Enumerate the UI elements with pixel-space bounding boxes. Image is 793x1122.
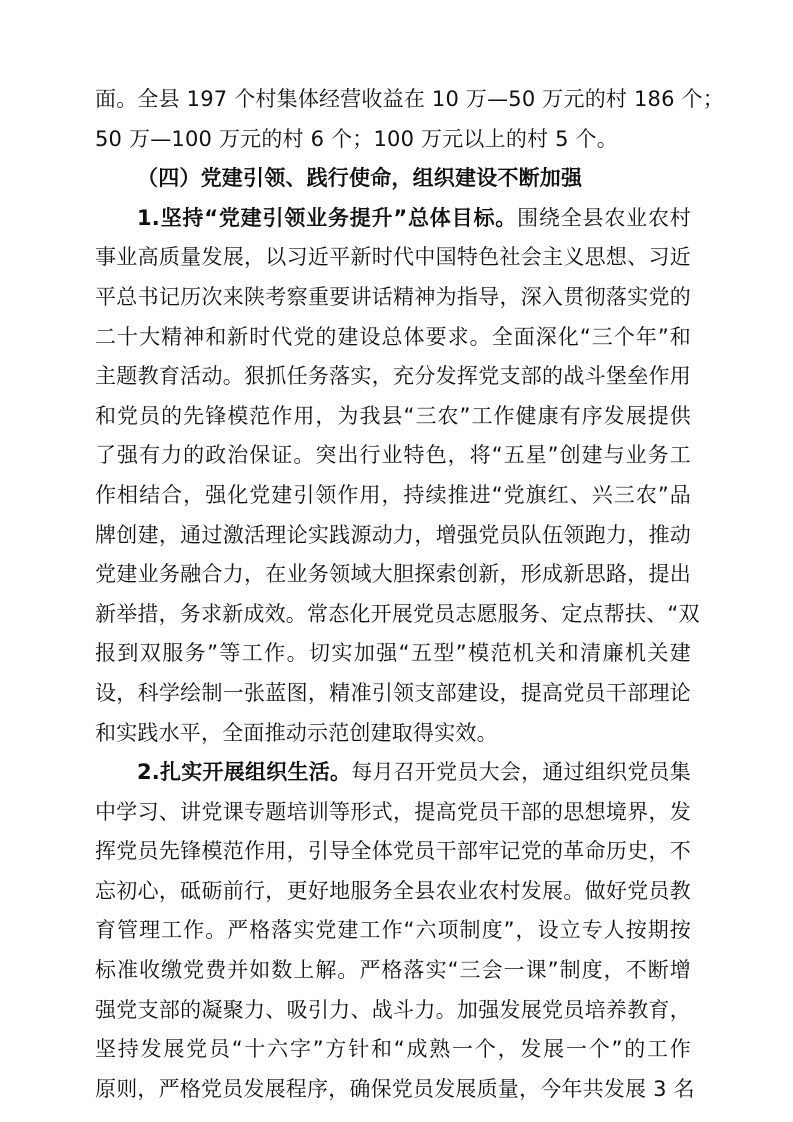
body-line: 党建业务融合力，在业务领域大胆探索创新，形成新思路，提出 [95, 555, 691, 595]
body-line: 挥党员先锋模范作用，引导全体党员干部牢记党的革命历史，不 [95, 832, 691, 872]
paragraph-text: 围绕全县农业农村 [517, 206, 691, 230]
body-line: 平总书记历次来陕考察重要讲话精神为指导，深入贯彻落实党的 [95, 278, 691, 318]
body-line: 和党员的先锋模范作用，为我县“三农”工作健康有序发展提供 [95, 397, 691, 437]
body-line: 设，科学绘制一张蓝图，精准引领支部建设，提高党员干部理论 [95, 674, 691, 714]
paragraph-start-line: 2.扎实开展组织生活。每月召开党员大会，通过组织党员集 [95, 753, 691, 793]
body-line: 牌创建，通过激活理论实践源动力，增强党员队伍领跑力，推动 [95, 516, 691, 556]
paragraph-title: 1.坚持“党建引领业务提升”总体目标。 [137, 206, 517, 230]
body-line: 新举措，务求新成效。常态化开展党员志愿服务、定点帮扶、“双 [95, 595, 691, 635]
section-heading: （四）党建引领、践行使命，组织建设不断加强 [95, 159, 691, 199]
body-line: 原则，严格党员发展程序，确保党员发展质量，今年共发展 3 名 [95, 1070, 691, 1110]
body-line: 和实践水平，全面推动示范创建取得实效。 [95, 714, 691, 754]
body-line: 坚持发展党员“十六字”方针和“成熟一个，发展一个”的工作 [95, 1030, 691, 1070]
body-line: 作相结合，强化党建引领作用，持续推进“党旗红、兴三农”品 [95, 476, 691, 516]
document-page: 面。全县 197 个村集体经营收益在 10 万—50 万元的村 186 个； 5… [95, 80, 691, 1109]
paragraph-title: 2.扎实开展组织生活。 [137, 760, 351, 784]
paragraph-start-line: 1.坚持“党建引领业务提升”总体目标。围绕全县农业农村 [95, 199, 691, 239]
body-line: 标准收缴党费并如数上解。严格落实“三会一课”制度，不断增 [95, 951, 691, 991]
body-line: 50 万—100 万元的村 6 个；100 万元以上的村 5 个。 [95, 120, 691, 160]
body-line: 主题教育活动。狠抓任务落实，充分发挥党支部的战斗堡垒作用 [95, 357, 691, 397]
body-line: 忘初心，砥砺前行，更好地服务全县农业农村发展。做好党员教 [95, 872, 691, 912]
body-line: 了强有力的政治保证。突出行业特色，将“五星”创建与业务工 [95, 436, 691, 476]
body-line: 报到双服务”等工作。切实加强“五型”模范机关和清廉机关建 [95, 634, 691, 674]
body-line: 育管理工作。严格落实党建工作“六项制度”，设立专人按期按 [95, 911, 691, 951]
body-line: 强党支部的凝聚力、吸引力、战斗力。加强发展党员培养教育， [95, 991, 691, 1031]
body-line: 面。全县 197 个村集体经营收益在 10 万—50 万元的村 186 个； [95, 80, 691, 120]
paragraph-text: 每月召开党员大会，通过组织党员集 [351, 760, 691, 784]
body-line: 事业高质量发展，以习近平新时代中国特色社会主义思想、习近 [95, 238, 691, 278]
body-line: 二十大精神和新时代党的建设总体要求。全面深化“三个年”和 [95, 318, 691, 358]
body-line: 中学习、讲党课专题培训等形式，提高党员干部的思想境界，发 [95, 793, 691, 833]
